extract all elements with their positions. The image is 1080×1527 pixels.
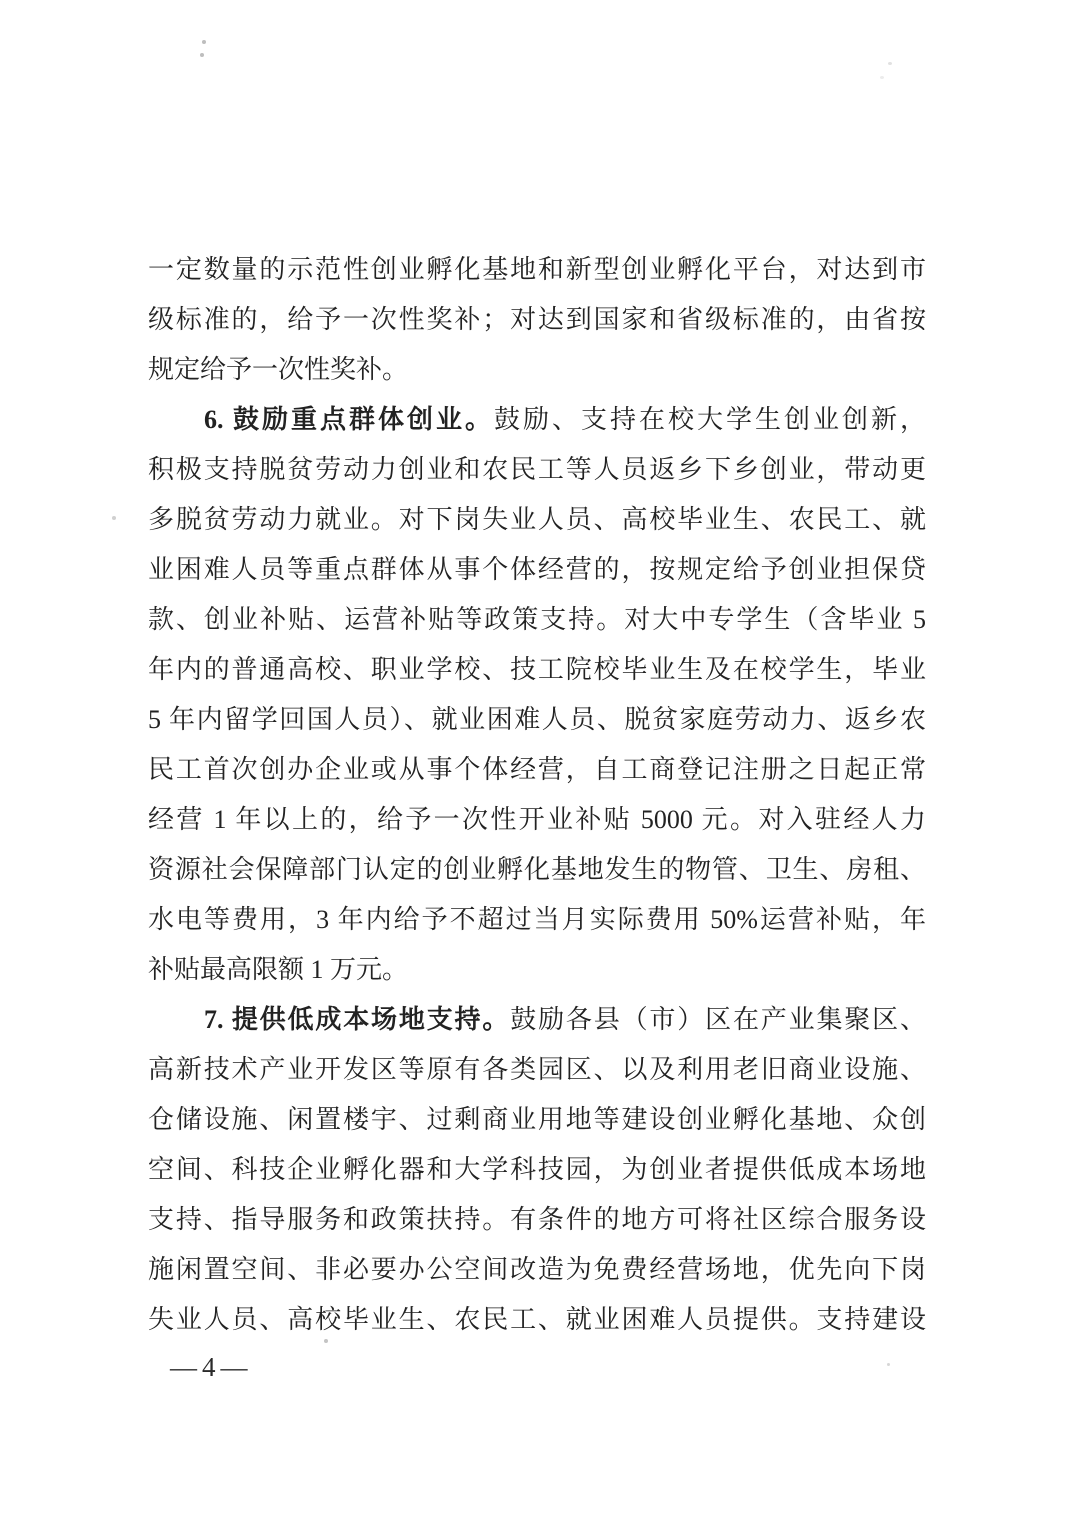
scan-speck: [887, 1363, 890, 1366]
line-10: 5 年内留学回国人员）、就业困难人员、脱贫家庭劳动力、返乡农: [148, 695, 926, 745]
line-19: 空间、科技企业孵化器和大学科技园，为创业者提供低成本场地: [148, 1145, 926, 1195]
line-21: 施闲置空间、非必要办公空间改造为免费经营场地，优先向下岗: [148, 1245, 926, 1295]
line-18: 仓储设施、闲置楼宇、过剩商业用地等建设创业孵化基地、众创: [148, 1095, 926, 1145]
page-number: —4—: [170, 1352, 253, 1383]
line-08: 款、创业补贴、运营补贴等政策支持。对大中专学生（含毕业 5: [148, 595, 926, 645]
line-09: 年内的普通高校、职业学校、技工院校毕业生及在校学生，毕业: [148, 645, 926, 695]
scan-speck: [888, 62, 892, 65]
scan-speck: [112, 516, 116, 520]
item-6-body-start: 鼓励、支持在校大学生创业创新，: [494, 405, 926, 434]
line-04-item-6-heading-line: 6. 鼓励重点群体创业。鼓励、支持在校大学生创业创新，: [148, 395, 926, 445]
line-06: 多脱贫劳动力就业。对下岗失业人员、高校毕业生、农民工、就: [148, 495, 926, 545]
line-07: 业困难人员等重点群体从事个体经营的，按规定给予创业担保贷: [148, 545, 926, 595]
line-03-paragraph-end: 规定给予一次性奖补。: [148, 345, 926, 395]
line-05: 积极支持脱贫劳动力创业和农民工等人员返乡下乡创业，带动更: [148, 445, 926, 495]
line-12: 经营 1 年以上的，给予一次性开业补贴 5000 元。对入驻经人力: [148, 795, 926, 845]
line-16-item-7-heading-line: 7. 提供低成本场地支持。鼓励各县（市）区在产业集聚区、: [148, 995, 926, 1045]
line-01: 一定数量的示范性创业孵化基地和新型创业孵化平台，对达到市: [148, 245, 926, 295]
line-02: 级标准的，给予一次性奖补；对达到国家和省级标准的，由省按: [148, 295, 926, 345]
document-text-block: 一定数量的示范性创业孵化基地和新型创业孵化平台，对达到市 级标准的，给予一次性奖…: [148, 245, 926, 1345]
line-14: 水电等费用，3 年内给予不超过当月实际费用 50%运营补贴，年: [148, 895, 926, 945]
line-15-paragraph-end: 补贴最高限额 1 万元。: [148, 945, 926, 995]
line-22: 失业人员、高校毕业生、农民工、就业困难人员提供。支持建设: [148, 1295, 926, 1345]
scanned-document-page: 一定数量的示范性创业孵化基地和新型创业孵化平台，对达到市 级标准的，给予一次性奖…: [0, 0, 1080, 1527]
line-20: 支持、指导服务和政策扶持。有条件的地方可将社区综合服务设: [148, 1195, 926, 1245]
item-7-heading: 7. 提供低成本场地支持。: [204, 1005, 510, 1034]
line-17: 高新技术产业开发区等原有各类园区、以及利用老旧商业设施、: [148, 1045, 926, 1095]
item-6-heading: 6. 鼓励重点群体创业。: [204, 405, 494, 434]
item-7-body-start: 鼓励各县（市）区在产业集聚区、: [510, 1005, 926, 1034]
scan-speck: [202, 40, 206, 44]
line-13: 资源社会保障部门认定的创业孵化基地发生的物管、卫生、房租、: [148, 845, 926, 895]
line-11: 民工首次创办企业或从事个体经营，自工商登记注册之日起正常: [148, 745, 926, 795]
